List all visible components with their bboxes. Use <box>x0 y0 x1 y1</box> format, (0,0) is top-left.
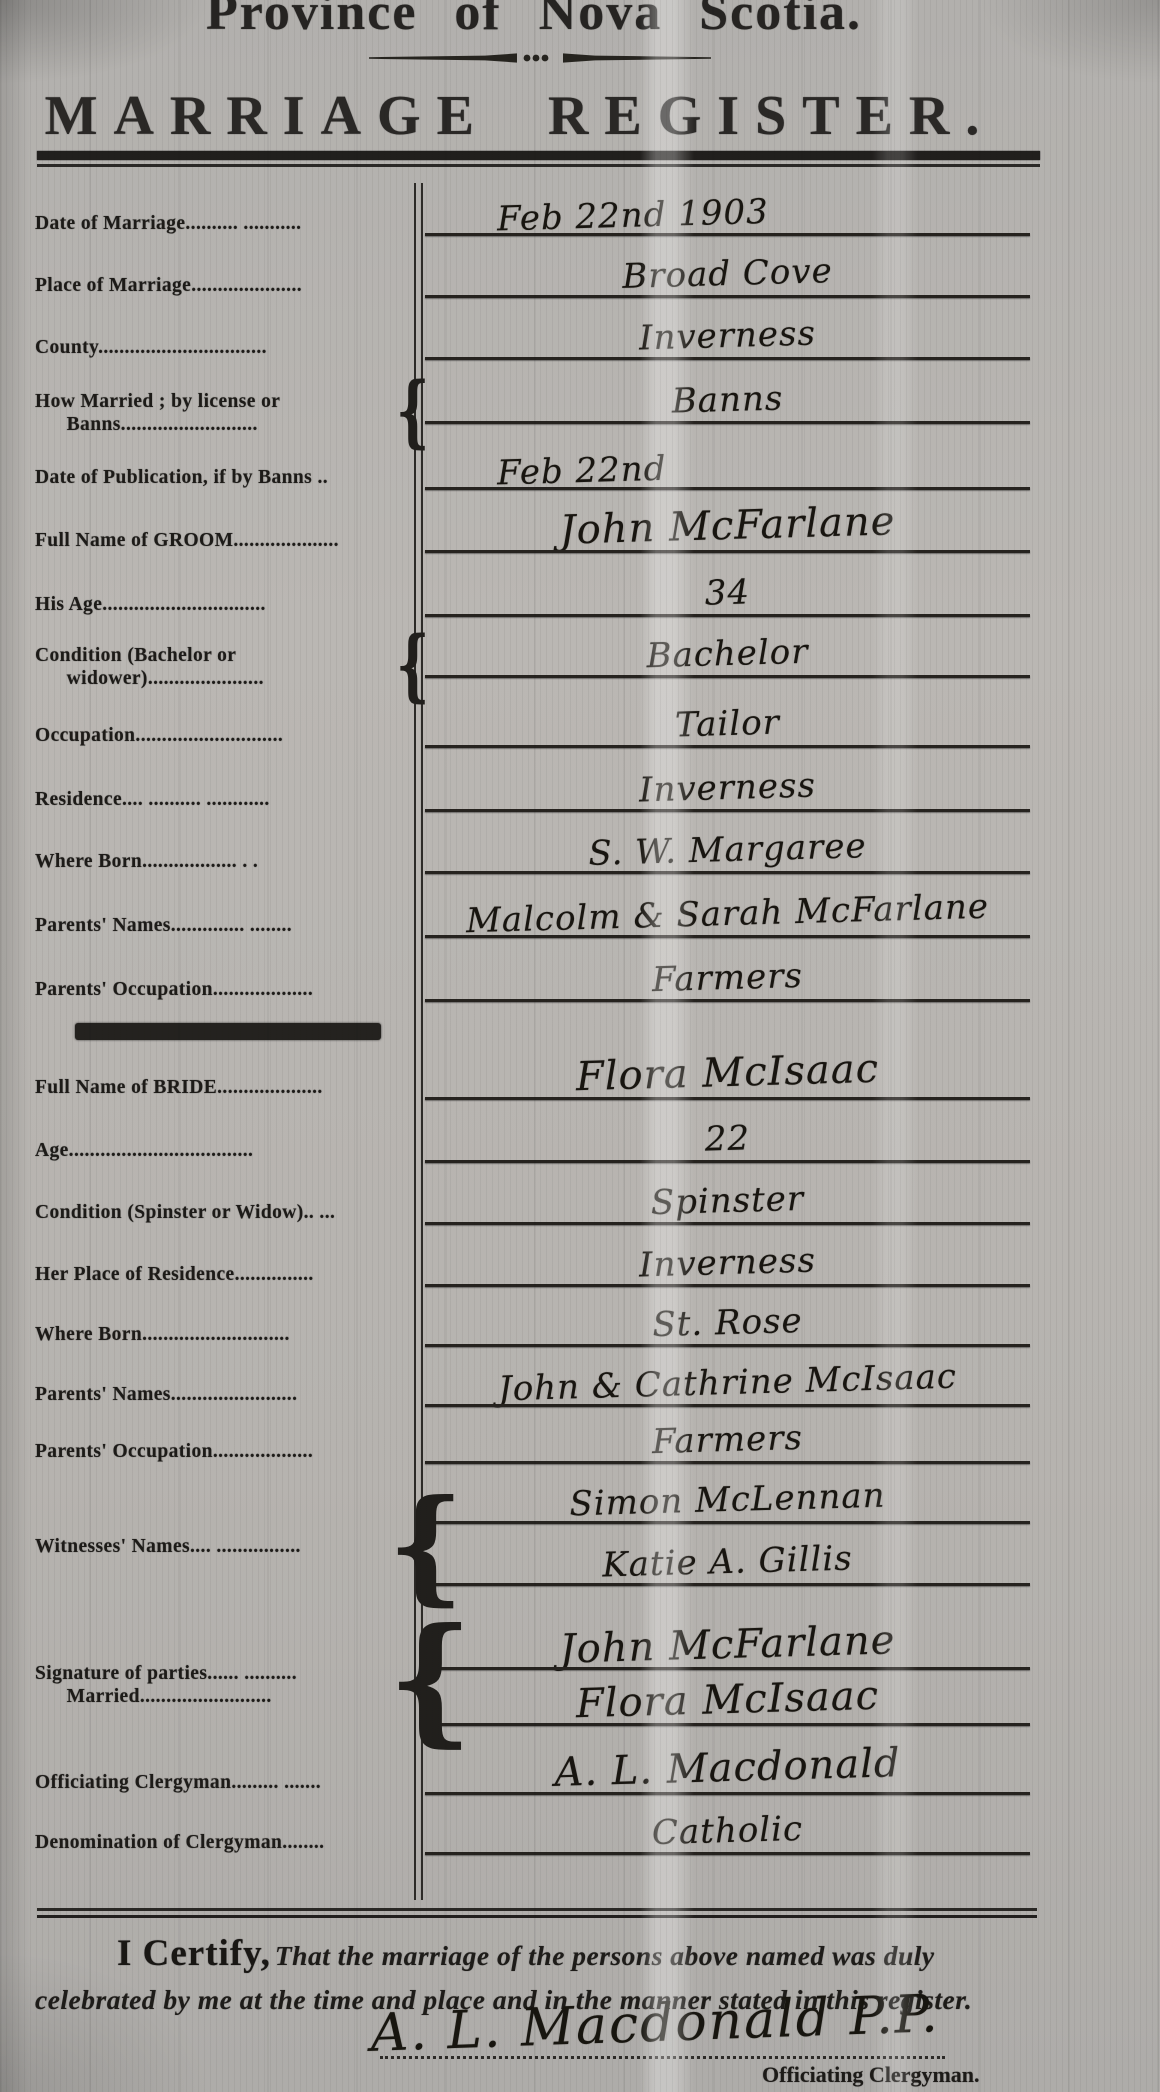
field-row-groom-parents-occupation: Parents' Occupation................... F… <box>0 950 1160 1002</box>
rule-thin <box>37 1908 1037 1911</box>
field-row-witnesses: Witnesses' Names.... ................ { … <box>0 1472 1160 1586</box>
field-underline <box>425 1583 1030 1586</box>
field-underline <box>425 1284 1030 1287</box>
field-row-groom-name: Full Name of GROOM.................... J… <box>0 501 1160 553</box>
certification-line-1: I Certify, That the marriage of the pers… <box>35 1932 1040 1975</box>
field-row-date-of-marriage: Date of Marriage.......... ........... F… <box>0 184 1160 236</box>
field-row-groom-where-born: Where Born.................. . . S. W. M… <box>0 822 1160 874</box>
field-row-groom-age: His Age............................... 3… <box>0 565 1160 617</box>
field-underline <box>425 1667 1030 1670</box>
field-label: Date of Marriage.......... ........... <box>35 212 415 235</box>
field-value-handwritten: St. Rose <box>425 1295 1031 1352</box>
field-label: His Age............................... <box>35 593 415 616</box>
field-label: Condition (Bachelor or widower).........… <box>35 644 415 690</box>
field-label: Parents' Names........................ <box>35 1383 415 1406</box>
field-value-handwritten: John & Cathrine McIsaac <box>425 1355 1031 1412</box>
field-row-groom-residence: Residence.... .......... ............ In… <box>0 760 1160 812</box>
field-label: Officiating Clergyman......... ....... <box>35 1771 415 1794</box>
field-underline <box>425 1852 1030 1855</box>
field-underline <box>425 487 1030 490</box>
header-double-rule <box>37 151 1040 167</box>
marriage-register-document: Province of Nova Scotia. MARRIAGE REGIST… <box>0 0 1160 2092</box>
field-value-handwritten: Banns <box>425 372 1031 429</box>
field-brace: { <box>388 1611 473 1750</box>
field-underline <box>425 550 1030 553</box>
field-label: County................................ <box>35 336 415 359</box>
certify-body-1: That the marriage of the persons above n… <box>275 1940 935 1971</box>
field-label: Age................................... <box>35 1139 415 1162</box>
field-underline <box>425 1723 1030 1726</box>
signature-dotted-line <box>380 2038 945 2059</box>
field-value-handwritten: A. L. Macdonald <box>424 1737 1030 1800</box>
field-row-signatures: Signature of parties...... .......... Ma… <box>0 1599 1160 1726</box>
field-row-how-married: How Married ; by license or Banns.......… <box>0 372 1160 424</box>
field-label: Date of Publication, if by Banns .. <box>35 466 415 489</box>
footer-double-rule <box>37 1908 1037 1918</box>
field-underline <box>425 1222 1030 1225</box>
field-underline <box>425 1792 1030 1795</box>
field-underline <box>425 1461 1030 1464</box>
field-value-handwritten: 22 <box>425 1111 1031 1168</box>
field-row-bride-parents-names: Parents' Names........................ J… <box>0 1355 1160 1407</box>
field-value-handwritten: Farmers <box>425 950 1031 1007</box>
field-label: Place of Marriage..................... <box>35 274 415 297</box>
rule-thick <box>37 151 1040 160</box>
field-row-groom-occupation: Occupation............................ T… <box>0 696 1160 748</box>
field-label: Residence.... .......... ............ <box>35 788 415 811</box>
field-row-groom-condition: Condition (Bachelor or widower).........… <box>0 626 1160 678</box>
field-label: Parents' Occupation................... <box>35 1440 415 1463</box>
field-brace: { <box>396 373 429 451</box>
field-label: Signature of parties...... .......... Ma… <box>35 1662 415 1708</box>
field-underline <box>425 935 1030 938</box>
field-underline <box>425 1404 1030 1407</box>
field-value-handwritten: Bachelor <box>425 626 1031 683</box>
field-row-officiating-clergyman: Officiating Clergyman......... ....... A… <box>0 1743 1160 1795</box>
field-label: Occupation............................ <box>35 724 415 747</box>
field-value-handwritten: Malcolm & Sarah McFarlane <box>425 886 1031 943</box>
field-label: How Married ; by license or Banns.......… <box>35 390 415 436</box>
field-brace: { <box>388 1483 464 1607</box>
field-underline <box>425 1097 1030 1100</box>
field-value-handwritten: Spinster <box>425 1173 1031 1230</box>
field-row-groom-parents-names: Parents' Names.............. ........ Ma… <box>0 886 1160 938</box>
field-underline <box>425 745 1030 748</box>
field-row-bride-parents-occupation: Parents' Occupation................... F… <box>0 1412 1160 1464</box>
field-underline <box>425 614 1030 617</box>
field-value-handwritten: John McFarlane <box>424 495 1030 558</box>
field-label: Denomination of Clergyman........ <box>35 1831 415 1854</box>
field-underline <box>425 1344 1030 1347</box>
certify-lead: I Certify, <box>117 1933 271 1974</box>
section-divider-bar <box>75 1023 381 1040</box>
field-value-handwritten: Inverness <box>425 308 1031 365</box>
field-label: Parents' Names.............. ........ <box>35 914 415 937</box>
field-label: Where Born............................ <box>35 1323 415 1346</box>
field-label: Condition (Spinster or Widow).. ... <box>35 1201 415 1224</box>
field-underline <box>425 871 1030 874</box>
rule-thick <box>37 1915 1037 1918</box>
field-row-date-of-publication: Date of Publication, if by Banns .. Feb … <box>0 438 1160 490</box>
field-underline <box>425 357 1030 360</box>
field-underline <box>425 675 1030 678</box>
field-row-denomination: Denomination of Clergyman........ Cathol… <box>0 1803 1160 1855</box>
field-label: Her Place of Residence............... <box>35 1263 415 1286</box>
field-row-county: County................................ I… <box>0 308 1160 360</box>
field-underline <box>425 999 1030 1002</box>
field-row-bride-where-born: Where Born............................ S… <box>0 1295 1160 1347</box>
field-label: Full Name of GROOM.................... <box>35 529 415 552</box>
rule-thin <box>37 164 1040 167</box>
field-value-handwritten: Flora McIsaac <box>424 1042 1030 1105</box>
field-value-handwritten: Tailor <box>425 696 1031 753</box>
field-brace: { <box>396 627 429 705</box>
field-value-handwritten: Simon McLennan <box>425 1472 1031 1529</box>
field-row-bride-age: Age................................... 2… <box>0 1111 1160 1163</box>
field-underline <box>425 1160 1030 1163</box>
field-value-handwritten: Farmers <box>425 1412 1031 1469</box>
province-title: Province of Nova Scotia. <box>206 0 862 42</box>
field-label: Witnesses' Names.... ................ <box>35 1535 415 1558</box>
field-row-bride-name: Full Name of BRIDE.................... F… <box>0 1048 1160 1100</box>
field-row-place-of-marriage: Place of Marriage..................... B… <box>0 246 1160 298</box>
register-title: MARRIAGE REGISTER. <box>45 84 996 148</box>
field-underline <box>425 295 1030 298</box>
field-label: Parents' Occupation................... <box>35 978 415 1001</box>
field-value-handwritten: Catholic <box>425 1803 1031 1860</box>
officiating-clergyman-caption: Officiating Clergyman. <box>762 2062 980 2088</box>
field-value-handwritten: 34 <box>425 565 1031 622</box>
field-value-handwritten: Katie A. Gillis <box>425 1534 1031 1591</box>
ornament-divider <box>365 50 715 66</box>
field-underline <box>425 421 1030 424</box>
field-label: Full Name of BRIDE.................... <box>35 1076 415 1099</box>
field-underline <box>425 809 1030 812</box>
field-value-handwritten: S. W. Margaree <box>425 822 1031 879</box>
field-row-bride-condition: Condition (Spinster or Widow).. ... Spin… <box>0 1173 1160 1225</box>
field-underline <box>425 1521 1030 1524</box>
field-value-handwritten: Flora McIsaac <box>424 1669 1030 1732</box>
field-value-handwritten: Inverness <box>425 1235 1031 1292</box>
field-value-handwritten: Broad Cove <box>425 246 1031 303</box>
field-value-handwritten: Inverness <box>425 760 1031 817</box>
field-underline <box>425 233 1030 236</box>
field-row-bride-residence: Her Place of Residence............... In… <box>0 1235 1160 1287</box>
field-label: Where Born.................. . . <box>35 850 415 873</box>
